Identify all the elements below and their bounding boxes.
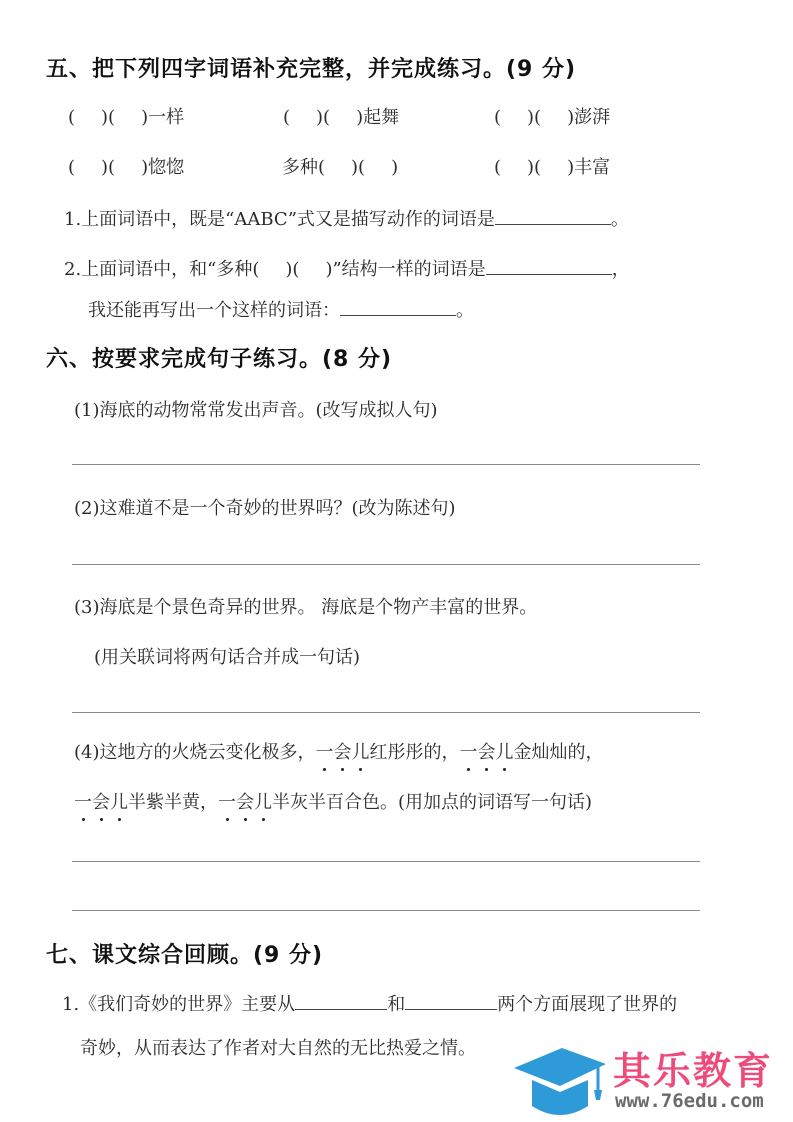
watermark-url: www.76edu.com	[615, 1090, 764, 1112]
section5-q2: 2.上面词语中，和“多种()()”结构一样的词语是，	[64, 255, 630, 281]
sentence-item-4-line2: 一会儿半紫半黄，一会儿半灰半百合色。(用加点的词语写一句话)	[74, 788, 592, 814]
idiom-item: 多种()()	[282, 153, 398, 179]
idiom-item: ()()惚惚	[68, 153, 184, 179]
sentence-item-2: (2)这难道不是一个奇妙的世界吗？(改为陈述句)	[74, 494, 456, 520]
dotted-word: 一会儿	[316, 742, 370, 763]
answer-line[interactable]	[72, 712, 700, 713]
idiom-row-1: ()()一样	[68, 103, 184, 129]
sentence-item-3-note: (用关联词将两句话合并成一句话)	[94, 643, 360, 669]
sentence-item-1: (1)海底的动物常常发出声音。(改写成拟人句)	[74, 396, 438, 422]
dotted-word: 一会儿	[74, 792, 128, 813]
answer-line[interactable]	[72, 910, 700, 911]
answer-blank[interactable]	[486, 256, 612, 275]
section6-title: 六、按要求完成句子练习。(8 分)	[46, 342, 392, 373]
answer-line[interactable]	[72, 861, 700, 862]
section7-q1: 1.《我们奇妙的世界》主要从和两个方面展现了世界的	[62, 990, 677, 1016]
answer-blank[interactable]	[340, 297, 456, 316]
idiom-item: ()()起舞	[283, 103, 399, 129]
answer-blank[interactable]	[295, 991, 387, 1010]
section5-q1: 1.上面词语中，既是“AABC”式又是描写动作的词语是。	[64, 205, 629, 231]
answer-blank[interactable]	[405, 991, 497, 1010]
dotted-word: 一会儿	[218, 792, 272, 813]
section7-title: 七、课文综合回顾。(9 分)	[46, 938, 323, 969]
section5-title: 五、把下列四字词语补充完整，并完成练习。(9 分)	[46, 52, 576, 83]
sentence-item-4-line1: (4)这地方的火烧云变化极多，一会儿红彤彤的，一会儿金灿灿的，	[74, 738, 604, 764]
answer-blank[interactable]	[495, 206, 611, 225]
idiom-item: ()()丰富	[494, 153, 610, 179]
section7-q1-line2: 奇妙，从而表达了作者对大自然的无比热爱之情。	[80, 1034, 476, 1060]
answer-line[interactable]	[72, 564, 700, 565]
idiom-item: ()()一样	[68, 107, 184, 128]
idiom-item: ()()澎湃	[494, 103, 610, 129]
watermark-title: 其乐教育	[613, 1040, 773, 1095]
dotted-word: 一会儿	[460, 742, 514, 763]
graduation-cap-icon	[512, 1040, 608, 1118]
answer-line[interactable]	[72, 464, 700, 465]
section5-q2-line2: 我还能再写出一个这样的词语：。	[88, 296, 474, 322]
sentence-item-3: (3)海底是个景色奇异的世界。 海底是个物产丰富的世界。	[74, 593, 537, 619]
